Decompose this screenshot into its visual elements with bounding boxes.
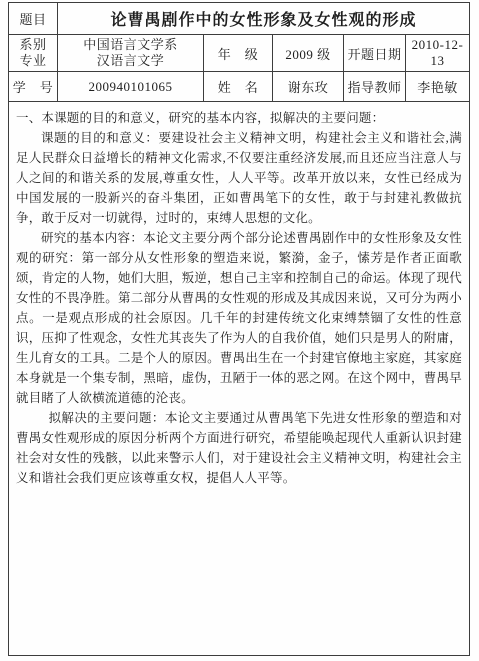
grade-value: 2009 级 xyxy=(273,35,344,71)
department-value: 中国语言文学系 汉语言文学 xyxy=(58,35,204,71)
proposal-date-value: 2010-12-13 xyxy=(406,35,469,71)
info-row-student: 学 号 200940101065 姓 名 谢东玫 指导教师 李艳敏 xyxy=(9,72,469,102)
student-id-label: 学 号 xyxy=(9,72,58,101)
department-label: 系别 专业 xyxy=(9,35,58,71)
grade-label: 年 级 xyxy=(204,35,273,71)
info-row-department: 系别 专业 中国语言文学系 汉语言文学 年 级 2009 级 开题日期 2010… xyxy=(9,35,469,72)
paragraph-purpose: 课题的目的和意义：要建设社会主义精神文明，构建社会主义和谐社会,满足人民群众日益… xyxy=(16,128,462,228)
thesis-title: 论曹禺剧作中的女性形象及女性观的形成 xyxy=(58,3,469,34)
supervisor-value: 李艳敏 xyxy=(406,72,469,101)
document-page: 题目 论曹禺剧作中的女性形象及女性观的形成 系别 专业 中国语言文学系 汉语言文… xyxy=(0,0,479,661)
paragraph-research-content: 研究的基本内容：本论文主要分两个部分论述曹禺剧作中的女性形象及女性观的研究：第一… xyxy=(16,228,462,408)
student-name-label: 姓 名 xyxy=(204,72,273,101)
section-body: 一、本课题的目的和意义，研究的基本内容，拟解决的主要问题： 课题的目的和意义：要… xyxy=(9,102,469,655)
supervisor-label: 指导教师 xyxy=(344,72,406,101)
student-id-value: 200940101065 xyxy=(58,72,204,101)
title-label: 题目 xyxy=(9,3,58,34)
student-name-value: 谢东玫 xyxy=(273,72,344,101)
paragraph-problems-to-solve: 拟解决的主要问题：本论文主要通过从曹禺笔下先进女性形象的塑造和对曹禺女性观形成的… xyxy=(16,408,462,488)
thesis-proposal-form: 题目 论曹禺剧作中的女性形象及女性观的形成 系别 专业 中国语言文学系 汉语言文… xyxy=(8,2,470,656)
proposal-date-label: 开题日期 xyxy=(344,35,406,71)
title-row: 题目 论曹禺剧作中的女性形象及女性观的形成 xyxy=(9,3,469,35)
section-heading: 一、本课题的目的和意义，研究的基本内容，拟解决的主要问题： xyxy=(16,108,462,128)
